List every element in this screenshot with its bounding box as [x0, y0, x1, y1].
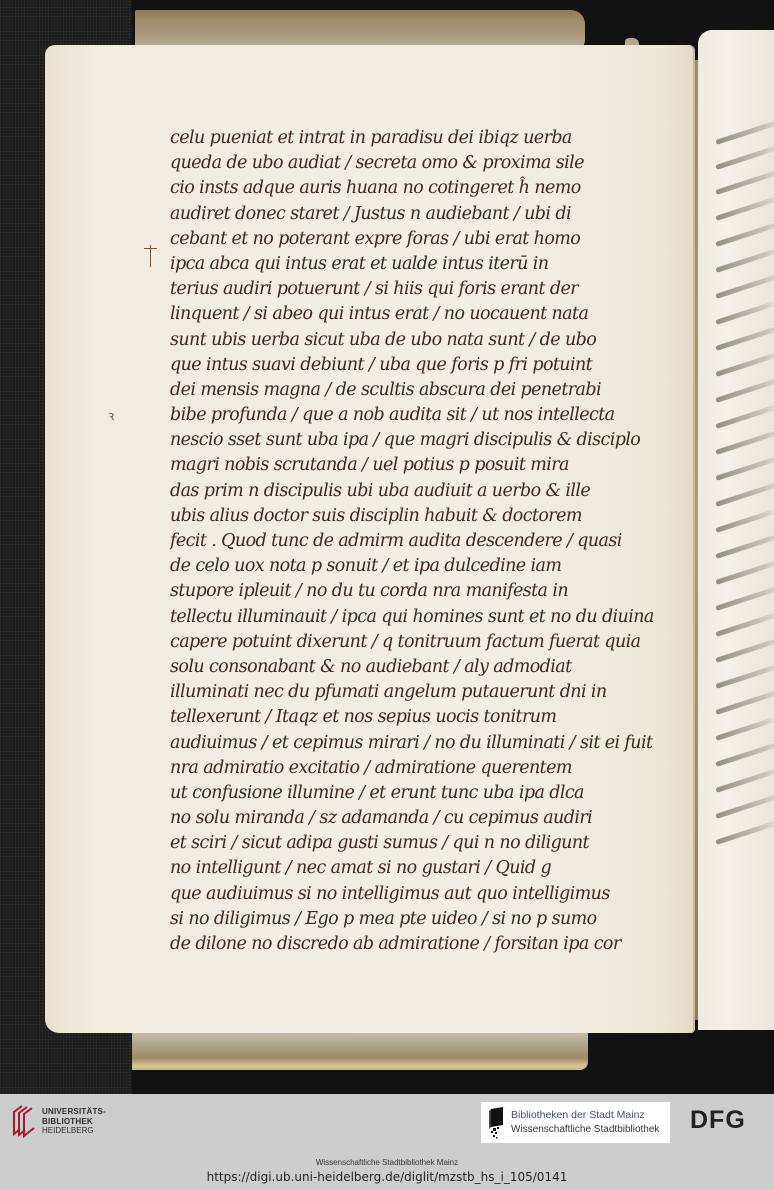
text-line: das prim n discipulis ubi uba audiuit a … — [170, 479, 660, 504]
text-line: cebant et no poterant expre foras / ubi … — [170, 227, 660, 252]
mainz-logo-line2: Wissenschaftliche Stadtbibliothek — [511, 1124, 659, 1135]
text-line: cio insts adque auris huana no cotingere… — [170, 176, 660, 201]
text-line: de dilone no discredo ab admiratione / f… — [170, 932, 660, 957]
text-line: ipca abca qui intus erat et ualde intus … — [170, 252, 660, 277]
owner-label: Wissenschaftliche Stadtbibliothek Mainz — [0, 1158, 774, 1167]
footer: UNIVERSITÄTS- BIBLIOTHEK HEIDELBERG Bibl… — [0, 1094, 774, 1190]
book-icon — [487, 1107, 507, 1139]
text-line: dei mensis magna / de scultis abscura de… — [170, 378, 660, 403]
text-line: linquent / si abeo qui intus erat / no u… — [170, 302, 660, 327]
binding-edge-top — [135, 10, 585, 50]
text-line: ut confusione illumine / et erunt tunc u… — [170, 781, 660, 806]
permalink-url[interactable]: https://digi.ub.uni-heidelberg.de/diglit… — [0, 1170, 774, 1184]
text-line: solu consonabant & no audiebant / aly ad… — [170, 655, 660, 680]
text-line: nra admiratio excitatio / admiratione qu… — [170, 756, 660, 781]
text-line: no intelligunt / nec amat si no gustari … — [170, 856, 660, 881]
text-line: no solu miranda / sz adamanda / cu cepim… — [170, 806, 660, 831]
ub-logo-line3: HEIDELBERG — [42, 1126, 106, 1136]
text-line: audiret donec staret / Justus n audieban… — [170, 202, 660, 227]
margin-note: ꝛ — [108, 406, 114, 424]
text-line: et sciri / sicut adipa gusti sumus / qui… — [170, 831, 660, 856]
text-line: stupore ipleuit / no du tu corda nra man… — [170, 579, 660, 604]
facing-page-edge — [698, 30, 774, 1030]
manuscript-text: celu pueniat et intrat in paradisu dei i… — [170, 126, 660, 957]
text-line: fecit . Quod tunc de admirm audita desce… — [170, 529, 660, 554]
text-line: terius audiri potuerunt / si hiis qui fo… — [170, 277, 660, 302]
margin-cross-mark — [150, 245, 151, 267]
manuscript-scan: ꝛ celu pueniat et intrat in paradisu dei… — [0, 0, 774, 1094]
text-line: de celo uox nota p sonuit / et ipa dulce… — [170, 554, 660, 579]
text-line: sunt ubis uerba sicut uba de ubo nata su… — [170, 328, 660, 353]
text-line: tellectu illuminauit / ipca qui homines … — [170, 605, 660, 630]
dfg-logo[interactable]: DFG — [690, 1106, 746, 1135]
text-line: si no diligimus / Ego p mea pte uideo / … — [170, 907, 660, 932]
text-line: queda de ubo audiat / secreta omo & prox… — [170, 151, 660, 176]
text-line: tellexerunt / Itaqz et nos sepius uocis … — [170, 705, 660, 730]
text-line: illuminati nec du pfumati angelum putaue… — [170, 680, 660, 705]
text-line: nescio sset sunt uba ipa / que magri dis… — [170, 428, 660, 453]
text-line: celu pueniat et intrat in paradisu dei i… — [170, 126, 660, 151]
text-line: audiuimus / et cepimus mirari / no du il… — [170, 731, 660, 756]
ub-logo-line1: UNIVERSITÄTS- — [42, 1107, 106, 1117]
text-line: capere potuint dixerunt / q tonitruum fa… — [170, 630, 660, 655]
text-line: que audiuimus si no intelligimus aut quo… — [170, 882, 660, 907]
text-line: ubis alius doctor suis disciplin habuit … — [170, 504, 660, 529]
text-line: que intus suavi debiunt / uba que foris … — [170, 353, 660, 378]
binding-edge-bottom — [132, 1030, 588, 1070]
mainz-library-logo[interactable]: Bibliotheken der Stadt Mainz Wissenschaf… — [481, 1102, 670, 1143]
text-line: bibe profunda / que a nob audita sit / u… — [170, 403, 660, 428]
ub-logo-line2: BIBLIOTHEK — [42, 1117, 106, 1127]
ub-heidelberg-logo-icon — [10, 1104, 36, 1138]
mainz-logo-line1: Bibliotheken der Stadt Mainz — [511, 1109, 645, 1121]
text-line: magri nobis scrutanda / uel potius p pos… — [170, 453, 660, 478]
